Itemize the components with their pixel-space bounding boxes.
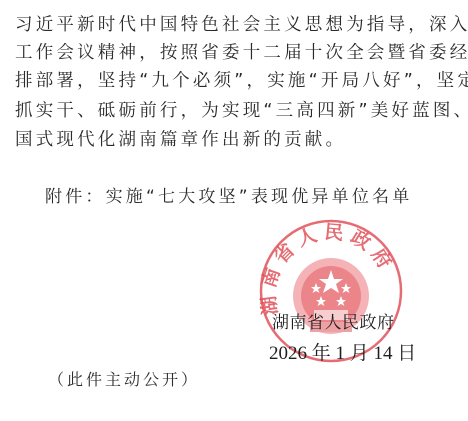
attachment-label: 附件：实施“七大攻坚”表现优异单位名单 [45,186,412,208]
disclosure-note: （此件主动公开） [48,369,200,391]
body-line-1: 习近平新时代中国特色社会主义思想为指导，深入贯彻中央经济 [15,14,468,36]
signing-authority: 湖南省人民政府 [272,308,395,333]
body-line-5: 国式现代化湖南篇章作出新的贡献。 [15,129,346,151]
body-line-4: 抓实干、砥砺前行，为实现“三高四新”美好蓝图、奋力谱写中 [15,100,468,122]
body-line-2: 工作会议精神，按照省委十二届十次全会暨省委经济工作会议安 [15,42,468,64]
document-date: 2026 年 1 月 14 日 [269,338,416,365]
body-line-3: 排部署，坚持“九个必须”，实施“开局八好”，坚定信心、真 [15,70,468,92]
